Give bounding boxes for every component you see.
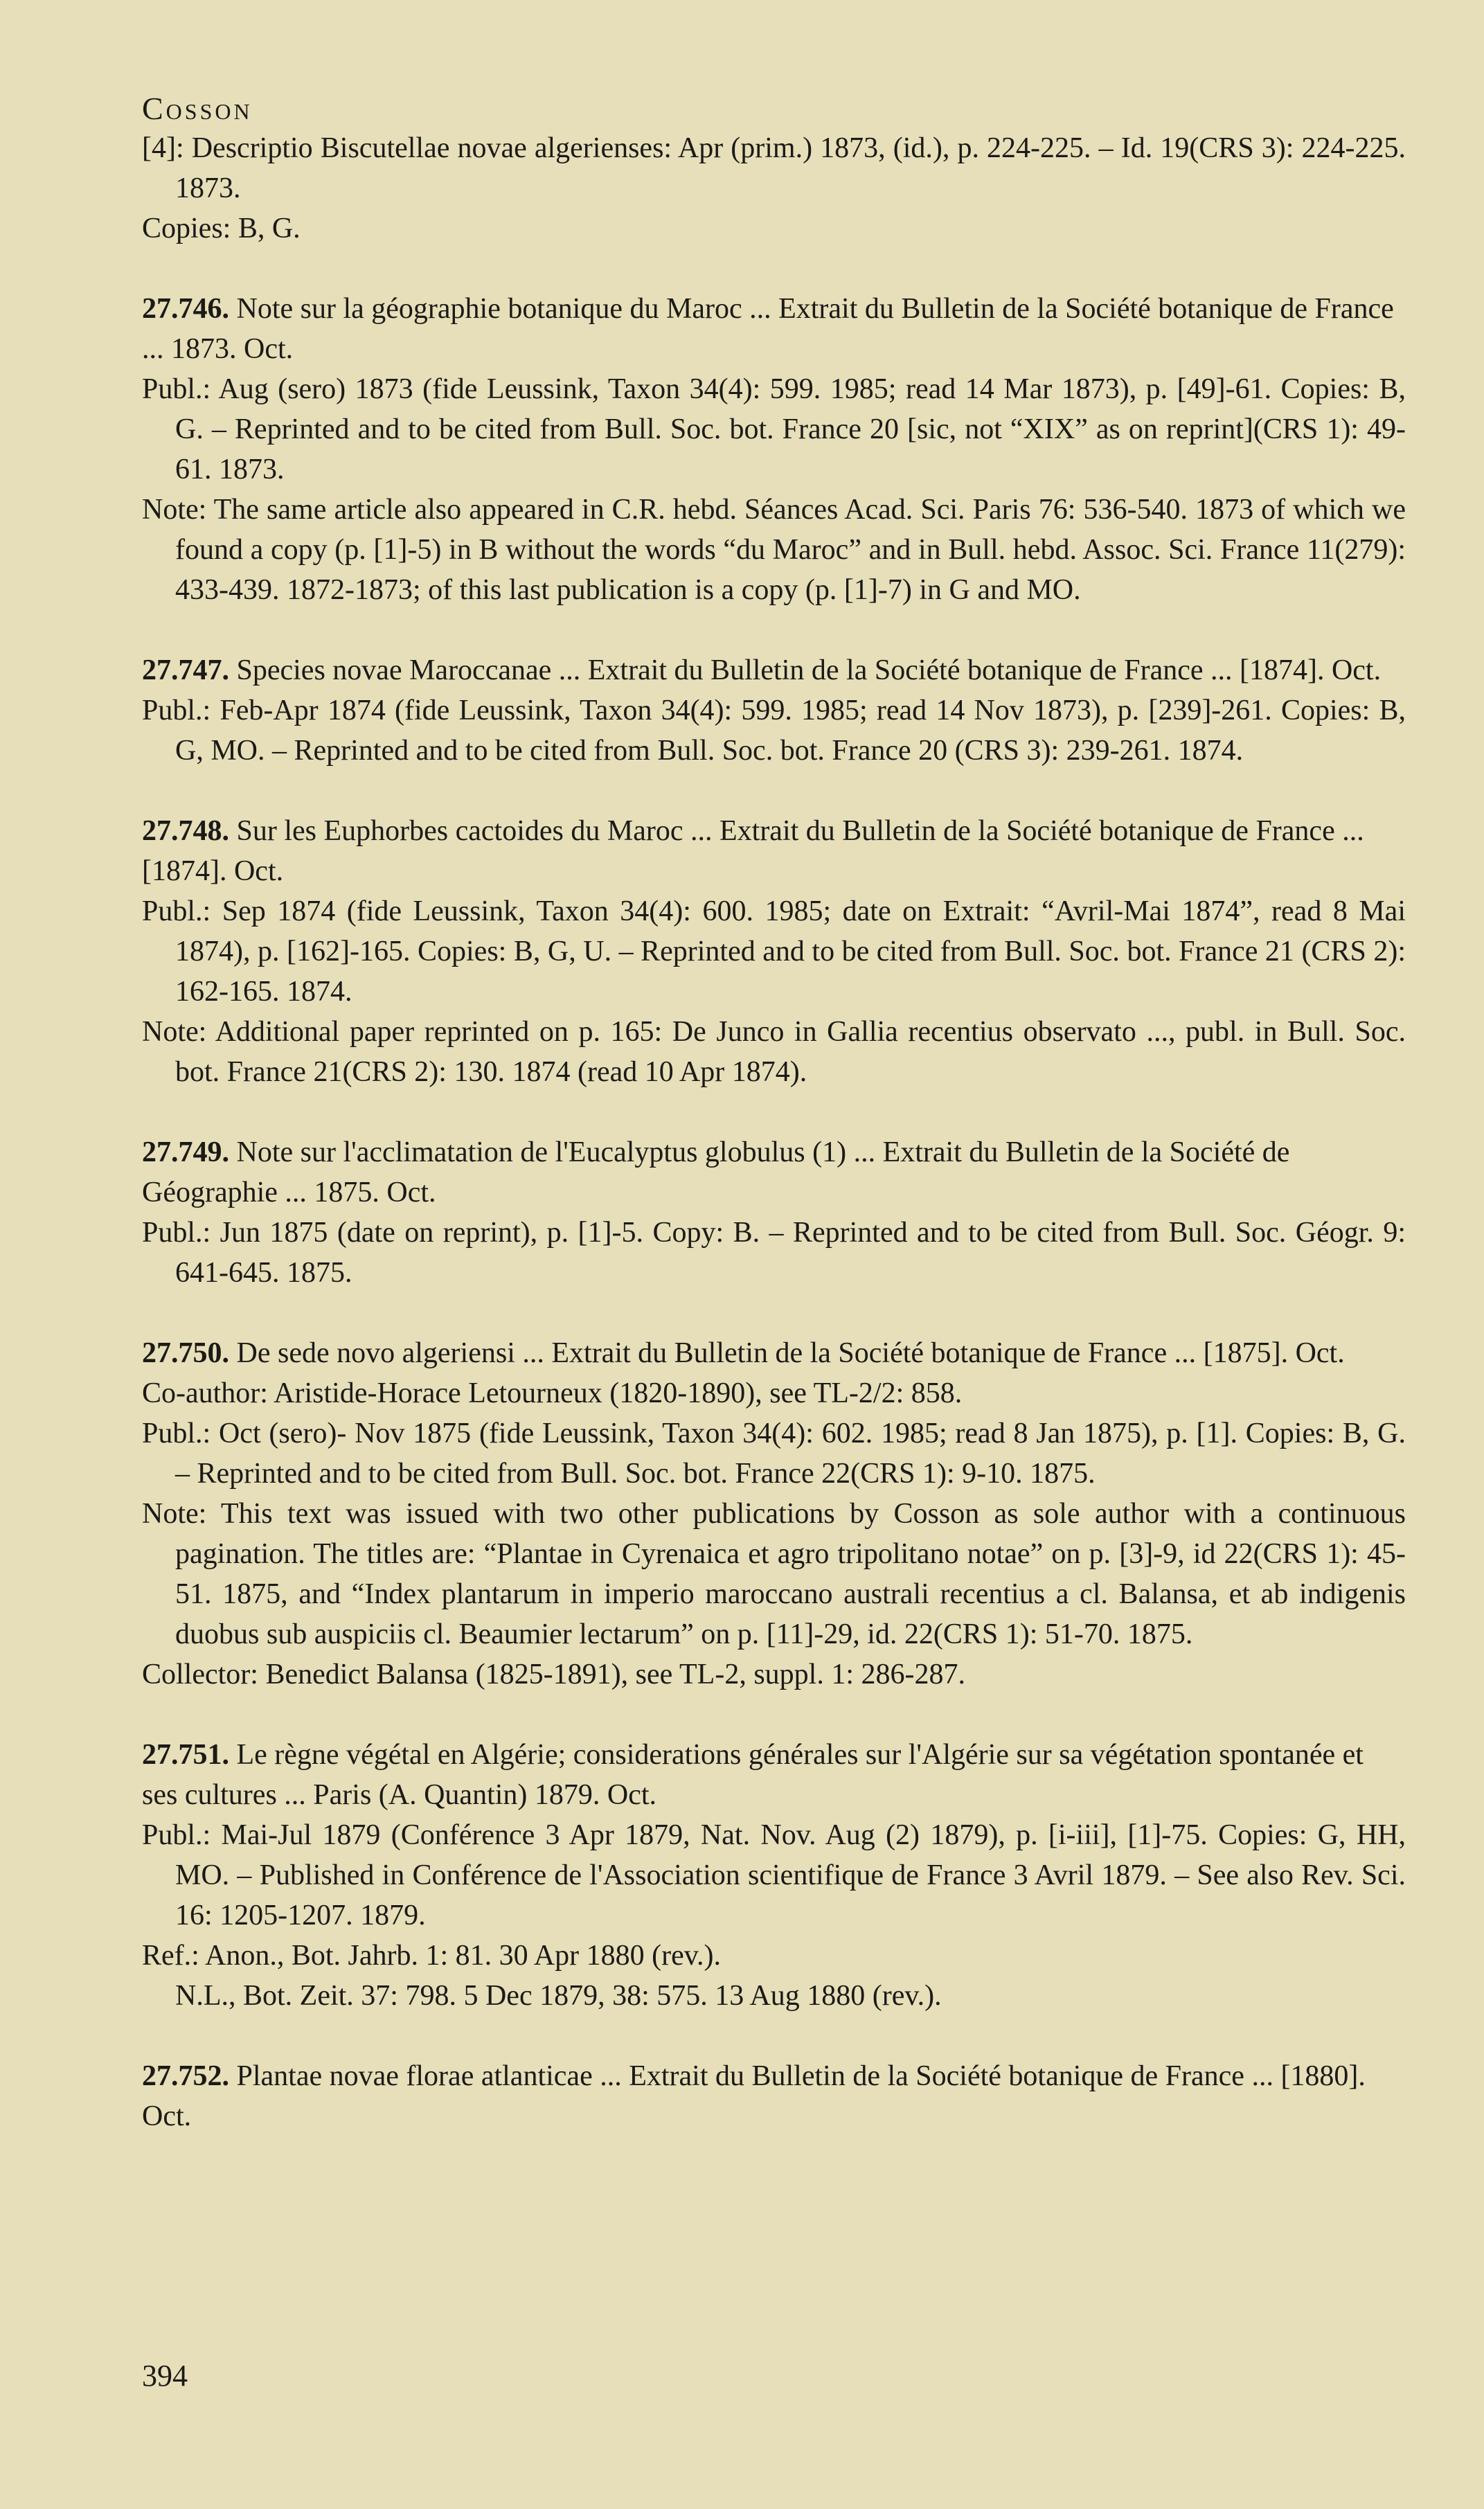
entry-line: [4]: Descriptio Biscutellae novae algeri…	[142, 128, 1406, 208]
entry-line: Publ.: Feb-Apr 1874 (fide Leussink, Taxo…	[142, 690, 1406, 771]
entry-number: 27.747.	[142, 654, 229, 686]
entry-line: Publ.: Mai-Jul 1879 (Conférence 3 Apr 18…	[142, 1815, 1406, 1936]
entry-line: Publ.: Aug (sero) 1873 (fide Leussink, T…	[142, 369, 1406, 490]
entry-number: 27.749.	[142, 1136, 229, 1168]
entry-title-text: Note sur la géographie botanique du Maro…	[142, 293, 1394, 365]
page-number: 394	[142, 2358, 188, 2393]
entry-title-text: De sede novo algeriensi ... Extrait du B…	[237, 1337, 1345, 1369]
entry-27-751: 27.751. Le règne végétal en Algérie; con…	[142, 1735, 1406, 2016]
entry-line: Publ.: Sep 1874 (fide Leussink, Taxon 34…	[142, 891, 1406, 1012]
entry-title-text: Note sur l'acclimatation de l'Eucalyptus…	[142, 1136, 1289, 1208]
entry-title: 27.750. De sede novo algeriensi ... Extr…	[142, 1333, 1406, 1373]
entry-27-747: 27.747. Species novae Maroccanae ... Ext…	[142, 650, 1406, 771]
entry-line: Collector: Benedict Balansa (1825-1891),…	[142, 1654, 1406, 1695]
entry-number: 27.752.	[142, 2060, 229, 2092]
entry-27-746: 27.746. Note sur la géographie botanique…	[142, 289, 1406, 610]
entry-number: 27.746.	[142, 293, 229, 325]
entry-title: 27.749. Note sur l'acclimatation de l'Eu…	[142, 1132, 1406, 1213]
entry-line: N.L., Bot. Zeit. 37: 798. 5 Dec 1879, 38…	[142, 1976, 1406, 2016]
entry-line: Copies: B, G.	[142, 208, 1406, 249]
entry-title-text: Sur les Euphorbes cactoides du Maroc ...…	[142, 815, 1364, 887]
entry-27-752: 27.752. Plantae novae florae atlanticae …	[142, 2056, 1406, 2136]
entry-27-748: 27.748. Sur les Euphorbes cactoides du M…	[142, 811, 1406, 1092]
entry-continued: [4]: Descriptio Biscutellae novae algeri…	[142, 128, 1406, 249]
entry-title: 27.747. Species novae Maroccanae ... Ext…	[142, 650, 1406, 690]
entry-title-text: Plantae novae florae atlanticae ... Extr…	[142, 2060, 1366, 2132]
entry-number: 27.748.	[142, 815, 229, 847]
entry-title: 27.748. Sur les Euphorbes cactoides du M…	[142, 811, 1406, 891]
entry-line: Ref.: Anon., Bot. Jahrb. 1: 81. 30 Apr 1…	[142, 1936, 1406, 1976]
entry-title: 27.752. Plantae novae florae atlanticae …	[142, 2056, 1406, 2136]
entry-line: Note: This text was issued with two othe…	[142, 1494, 1406, 1654]
entry-27-749: 27.749. Note sur l'acclimatation de l'Eu…	[142, 1132, 1406, 1293]
entry-number: 27.750.	[142, 1337, 229, 1369]
entry-line: Publ.: Jun 1875 (date on reprint), p. [1…	[142, 1213, 1406, 1293]
entry-27-750: 27.750. De sede novo algeriensi ... Extr…	[142, 1333, 1406, 1695]
entry-title-text: Species novae Maroccanae ... Extrait du …	[237, 654, 1382, 686]
entry-line: Note: The same article also appeared in …	[142, 490, 1406, 610]
entry-line: Publ.: Oct (sero)- Nov 1875 (fide Leussi…	[142, 1413, 1406, 1494]
entry-title-text: Le règne végétal en Algérie; considerati…	[142, 1739, 1364, 1811]
entry-line: Co-author: Aristide-Horace Letourneux (1…	[142, 1373, 1406, 1413]
entries-list: [4]: Descriptio Biscutellae novae algeri…	[142, 128, 1406, 2177]
entry-number: 27.751.	[142, 1739, 229, 1771]
entry-title: 27.746. Note sur la géographie botanique…	[142, 289, 1406, 369]
entry-line: Note: Additional paper reprinted on p. 1…	[142, 1012, 1406, 1092]
entry-title: 27.751. Le règne végétal en Algérie; con…	[142, 1735, 1406, 1815]
running-header: Cosson	[142, 90, 253, 127]
